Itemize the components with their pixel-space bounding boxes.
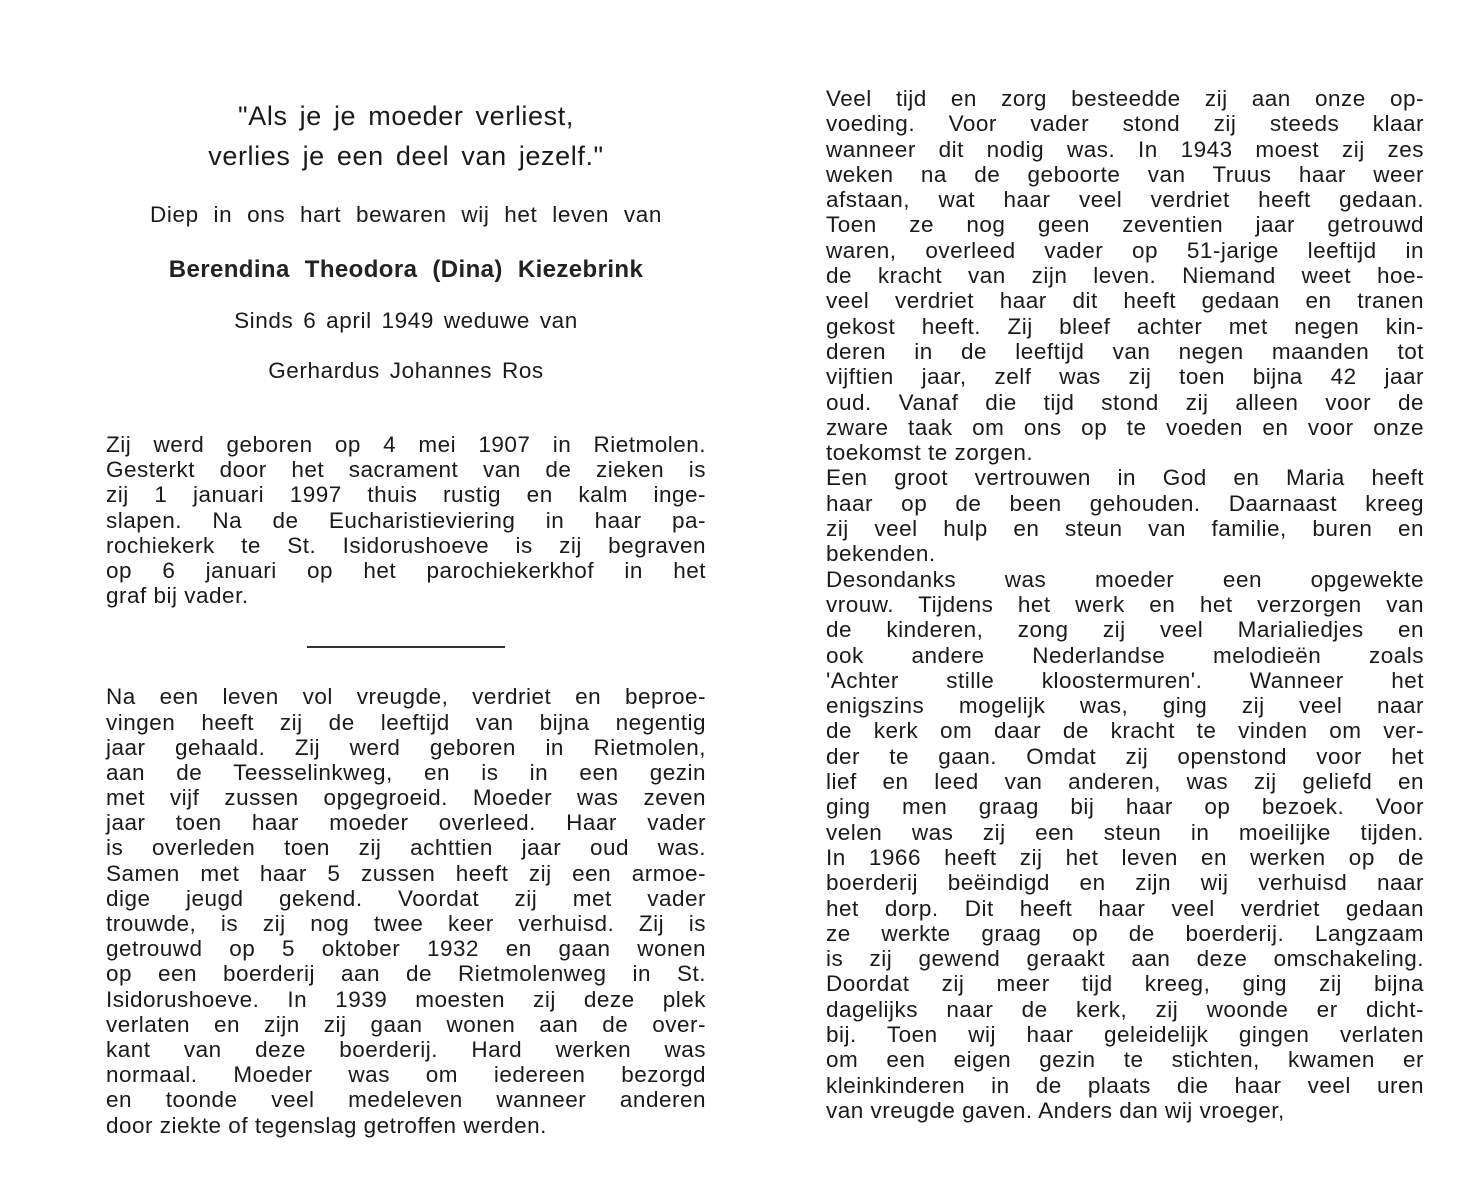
- text-line: waren, overleed vader op 51-jarige leeft…: [826, 238, 1424, 263]
- text-line: jaar toen haar moeder overleed. Haar vad…: [106, 810, 706, 835]
- text-line: Samen met haar 5 zussen heeft zij een ar…: [106, 861, 706, 886]
- birth-death-paragraph: Zij werd geboren op 4 mei 1907 in Rietmo…: [106, 432, 706, 608]
- text-line: is zij gewend geraakt aan deze omschakel…: [826, 946, 1424, 971]
- text-line: ging men graag bij haar op bezoek. Voor: [826, 794, 1424, 819]
- text-line: ook andere Nederlandse melodieën zoals: [826, 643, 1424, 668]
- text-line: Isidorushoeve. In 1939 moesten zij deze …: [106, 987, 706, 1012]
- text-line: dige jeugd gekend. Voordat zij met vader: [106, 886, 706, 911]
- text-line: wanneer dit nodig was. In 1943 moest zij…: [826, 137, 1424, 162]
- text-line: kant van deze boerderij. Hard werken was: [106, 1037, 706, 1062]
- text-line: trouwde, is zij nog twee keer verhuisd. …: [106, 911, 706, 936]
- text-line: de kerk om daar de kracht te vinden om v…: [826, 718, 1424, 743]
- text-line: Gesterkt door het sacrament van de zieke…: [106, 457, 706, 482]
- text-line: vingen heeft zij de leeftijd van bijna n…: [106, 710, 706, 735]
- text-line: veel verdriet haar dit heeft gedaan en t…: [826, 288, 1424, 313]
- text-line: gekost heeft. Zij bleef achter met negen…: [826, 314, 1424, 339]
- life-story-continued: Veel tijd en zorg besteedde zij aan onze…: [826, 86, 1424, 1123]
- text-line: op een boerderij aan de Rietmolenweg in …: [106, 961, 706, 986]
- text-line: vrouw. Tijdens het werk en het verzorgen…: [826, 592, 1424, 617]
- left-column: "Als je je moeder verliest, verlies je e…: [106, 96, 706, 1138]
- text-line: slapen. Na de Eucharistieviering in haar…: [106, 508, 706, 533]
- text-line: haar op de been gehouden. Daarnaast kree…: [826, 491, 1424, 516]
- text-line: en toonde veel medeleven wanneer anderen: [106, 1087, 706, 1112]
- quote-line: "Als je je moeder verliest,: [238, 101, 574, 131]
- text-line: Zij werd geboren op 4 mei 1907 in Rietmo…: [106, 432, 706, 457]
- memorial-card: "Als je je moeder verliest, verlies je e…: [0, 0, 1478, 1200]
- husband-name: Gerhardus Johannes Ros: [106, 358, 706, 384]
- right-column: Veel tijd en zorg besteedde zij aan onze…: [826, 86, 1424, 1123]
- text-line: om een eigen gezin te stichten, kwamen e…: [826, 1047, 1424, 1072]
- widow-line: Sinds 6 april 1949 weduwe van: [106, 308, 706, 334]
- text-line: bekenden.: [826, 541, 1424, 566]
- text-line: 'Achter stille kloostermuren'. Wanneer h…: [826, 668, 1424, 693]
- divider-line: [307, 646, 505, 648]
- text-line: weken na de geboorte van Truus haar weer: [826, 162, 1424, 187]
- text-line: Toen ze nog geen zeventien jaar getrouwd: [826, 212, 1424, 237]
- text-line: jaar gehaald. Zij werd geboren in Rietmo…: [106, 735, 706, 760]
- text-line: Een groot vertrouwen in God en Maria hee…: [826, 465, 1424, 490]
- text-line: dagelijks naar de kerk, zij woonde er di…: [826, 997, 1424, 1022]
- text-line: rochiekerk te St. Isidorushoeve is zij b…: [106, 533, 706, 558]
- text-line: de kinderen, zong zij veel Marialiedjes …: [826, 617, 1424, 642]
- quote-line: verlies je een deel van jezelf.": [208, 141, 604, 171]
- text-line: op 6 januari op het parochiekerkhof in h…: [106, 558, 706, 583]
- text-line: zware taak om ons op te voeden en voor o…: [826, 415, 1424, 440]
- text-line: toekomst te zorgen.: [826, 440, 1424, 465]
- text-line: Na een leven vol vreugde, verdriet en be…: [106, 684, 706, 709]
- intro-text: Diep in ons hart bewaren wij het leven v…: [106, 202, 706, 228]
- text-line: door ziekte of tegenslag getroffen werde…: [106, 1113, 706, 1138]
- text-line: kleinkinderen in de plaats die haar veel…: [826, 1073, 1424, 1098]
- text-line: oud. Vanaf die tijd stond zij alleen voo…: [826, 390, 1424, 415]
- text-line: normaal. Moeder was om iedereen bezorgd: [106, 1062, 706, 1087]
- text-line: Desondanks was moeder een opgewekte: [826, 567, 1424, 592]
- text-line: Veel tijd en zorg besteedde zij aan onze…: [826, 86, 1424, 111]
- text-line: der te gaan. Omdat zij openstond voor he…: [826, 744, 1424, 769]
- text-line: van vreugde gaven. Anders dan wij vroege…: [826, 1098, 1424, 1123]
- text-line: bij. Toen wij haar geleidelijk gingen ve…: [826, 1022, 1424, 1047]
- text-line: afstaan, wat haar veel verdriet heeft ge…: [826, 187, 1424, 212]
- deceased-name: Berendina Theodora (Dina) Kiezebrink: [106, 256, 706, 284]
- text-line: vijftien jaar, zelf was zij toen bijna 4…: [826, 364, 1424, 389]
- text-line: voeding. Voor vader stond zij steeds kla…: [826, 111, 1424, 136]
- text-line: aan de Teesselinkweg, en is in een gezin: [106, 760, 706, 785]
- text-line: met vijf zussen opgegroeid. Moeder was z…: [106, 785, 706, 810]
- text-line: de kracht van zijn leven. Niemand weet h…: [826, 263, 1424, 288]
- text-line: deren in de leeftijd van negen maanden t…: [826, 339, 1424, 364]
- text-line: verlaten en zijn zij gaan wonen aan de o…: [106, 1012, 706, 1037]
- memorial-quote: "Als je je moeder verliest, verlies je e…: [106, 96, 706, 176]
- text-line: boerderij beëindigd en zijn wij verhuisd…: [826, 870, 1424, 895]
- text-line: zij veel hulp en steun van familie, bure…: [826, 516, 1424, 541]
- text-line: In 1966 heeft zij het leven en werken op…: [826, 845, 1424, 870]
- text-line: enigszins mogelijk was, ging zij veel na…: [826, 693, 1424, 718]
- life-story-paragraph: Na een leven vol vreugde, verdriet en be…: [106, 684, 706, 1137]
- text-line: is overleden toen zij achttien jaar oud …: [106, 835, 706, 860]
- text-line: graf bij vader.: [106, 583, 706, 608]
- text-line: Doordat zij meer tijd kreeg, ging zij bi…: [826, 971, 1424, 996]
- text-line: ze werkte graag op de boerderij. Langzaa…: [826, 921, 1424, 946]
- text-line: getrouwd op 5 oktober 1932 en gaan wonen: [106, 936, 706, 961]
- text-line: het dorp. Dit heeft haar veel verdriet g…: [826, 896, 1424, 921]
- text-line: zij 1 januari 1997 thuis rustig en kalm …: [106, 482, 706, 507]
- text-line: velen was zij een steun in moeilijke tij…: [826, 820, 1424, 845]
- text-line: lief en leed van anderen, was zij gelief…: [826, 769, 1424, 794]
